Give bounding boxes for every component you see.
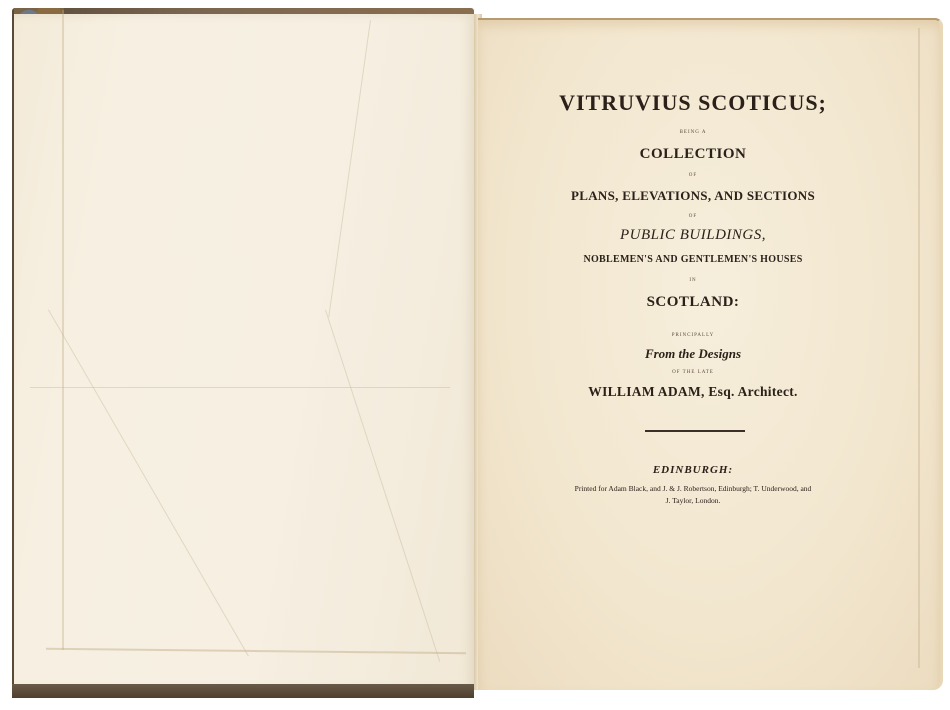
collection-text: COLLECTION — [478, 146, 908, 163]
in-text: in — [478, 278, 908, 283]
of-the-late-text: of the late — [478, 370, 908, 375]
principally-text: principally — [478, 333, 908, 338]
left-blank-page — [14, 14, 476, 690]
of-text: of — [478, 173, 908, 178]
of-text-2: of — [478, 214, 908, 219]
plans-text: PLANS, ELEVATIONS, AND SECTIONS — [478, 188, 908, 204]
decorative-rule — [645, 430, 745, 432]
author-text: WILLIAM ADAM, Esq. Architect. — [478, 384, 908, 400]
imprint-line-2: J. Taylor, London. — [478, 496, 908, 505]
open-book: VITRUVIUS SCOTICUS; being a COLLECTION o… — [0, 0, 950, 710]
book-title: VITRUVIUS SCOTICUS; — [478, 90, 908, 116]
houses-text: NOBLEMEN'S AND GENTLEMEN'S HOUSES — [478, 254, 908, 265]
being-a-text: being a — [478, 130, 908, 135]
scotland-text: SCOTLAND: — [478, 294, 908, 311]
page-edge — [918, 28, 920, 668]
bottom-board-edge — [12, 684, 474, 698]
paper-crease — [30, 387, 450, 388]
imprint-line-1: Printed for Adam Black, and J. & J. Robe… — [478, 484, 908, 493]
public-buildings-text: PUBLIC BUILDINGS, — [478, 227, 908, 244]
city-text: EDINBURGH: — [478, 464, 908, 476]
pastedown-edge — [62, 10, 64, 650]
from-designs-text: From the Designs — [478, 346, 908, 362]
